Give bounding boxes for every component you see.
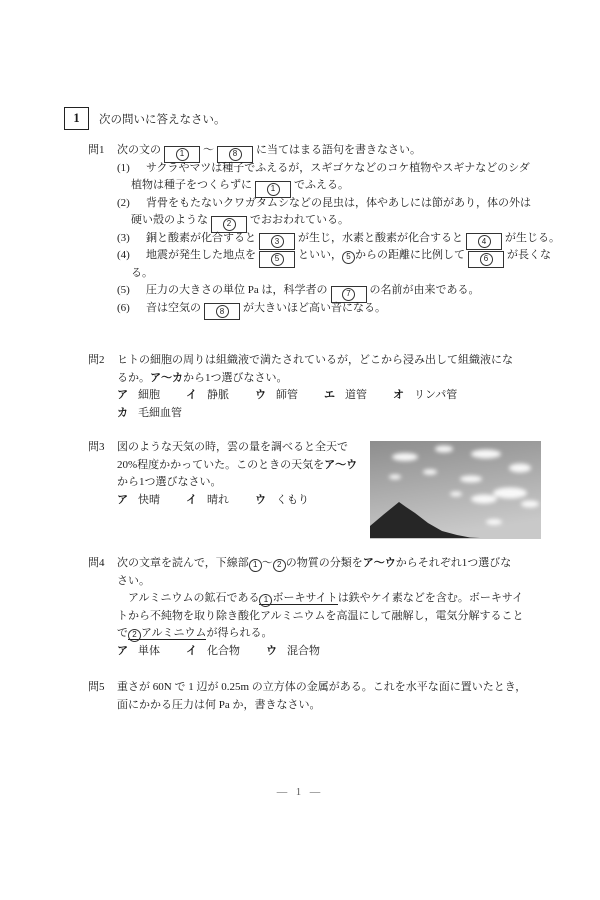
text-segment: 静脈 — [207, 389, 229, 401]
options-row: ア細胞イ静脈ウ師管エ道管オリンパ管 — [117, 387, 513, 405]
option-key: ア — [117, 389, 128, 401]
underlined-term: 1 — [259, 592, 272, 605]
text-segment: の名前が由来である。 — [370, 284, 480, 296]
text-segment: 次の文の — [117, 144, 161, 156]
text-segment: で — [117, 627, 128, 639]
circled-number: 5 — [271, 253, 284, 266]
text-segment: 細胞 — [138, 389, 160, 401]
question-5-content: 重さが 60N で 1 辺が 0.25m の立方体の金属がある。これを水平な面に… — [117, 679, 526, 714]
question-3-content: 図のような天気の時，雲の量を調べると全天で 20%程度かかっていた。このときの天… — [117, 439, 357, 509]
option-key: ウ — [255, 389, 266, 401]
circled-number: 1 — [249, 559, 262, 572]
text-segment: に当てはまる語句を書きなさい。 — [256, 144, 421, 156]
circled-number: 2 — [128, 629, 141, 642]
page-number: — 1 — — [0, 787, 600, 798]
question-4-content: 次の文章を読んで，下線部1～2の物質の分類をア～ウからそれぞれ1つ選びな さい。… — [117, 555, 523, 660]
text-segment: 背骨をもたないクワガタムシなどの昆虫は，体やあしには節があり，体の外は — [146, 197, 531, 209]
text-segment: からそれぞれ1つ選びな — [396, 557, 512, 569]
q1-item-5: (5) 圧力の大きさの単位 Pa は，科学者の7の名前が由来である。 — [117, 282, 560, 300]
text-segment: 晴れ — [207, 494, 229, 506]
item-line: 音は空気の8が大きいほど高い音になる。 — [146, 300, 560, 318]
question-line: さい。 — [117, 573, 523, 591]
bold-reference: ア～ウ — [324, 459, 357, 471]
text-segment: が大きいほど高い音になる。 — [243, 302, 386, 314]
text-segment: さい。 — [117, 575, 150, 587]
item-content: 銅と酸素が化合すると3が生じ，水素と酸素が化合すると4が生じる。 — [146, 230, 560, 248]
item-content: 圧力の大きさの単位 Pa は，科学者の7の名前が由来である。 — [146, 282, 560, 300]
circled-number: 5 — [342, 251, 355, 264]
options-row: ア単体イ化合物ウ混合物 — [117, 643, 523, 661]
option-key: ア — [117, 645, 128, 657]
option-key: オ — [393, 389, 404, 401]
text-segment: る。 — [131, 267, 153, 279]
weather-photo — [370, 441, 541, 539]
text-segment: 師管 — [276, 389, 298, 401]
text-segment: トから不純物を取り除き酸化アルミニウムを高温にして融解し，電気分解すること — [117, 610, 523, 622]
text-segment: が得られる。 — [206, 627, 272, 639]
passage-line: で2アルミニウムが得られる。 — [117, 625, 523, 643]
text-segment: 重さが 60N で 1 辺が 0.25m の立方体の金属がある。これを水平な面に… — [117, 681, 526, 693]
underlined-term: ボーキサイト — [272, 592, 337, 605]
text-segment: の物質の分類を — [286, 557, 363, 569]
section-title: 次の問いに答えなさい。 — [99, 111, 226, 127]
question-1-heading: 次の文の1～8に当てはまる語句を書きなさい。 — [117, 142, 560, 160]
option-key: ア — [117, 494, 128, 506]
text-segment: ～ — [262, 557, 273, 569]
text-segment: から1つ選びなさい。 — [183, 372, 288, 384]
question-1-content: 次の文の1～8に当てはまる語句を書きなさい。 (1) サクラやマツは種子でふえる… — [117, 142, 560, 317]
question-4-label: 問4 — [88, 555, 105, 573]
text-segment: 硬い殻のような — [131, 214, 208, 226]
option-key: イ — [186, 494, 197, 506]
text-segment: 図のような天気の時，雲の量を調べると全天で — [117, 441, 348, 453]
question-2-label: 問2 — [88, 352, 105, 370]
underlined-term: アルミニウム — [141, 627, 206, 640]
circled-number: 2 — [273, 559, 286, 572]
text-segment: アルミニウムの鉱石である — [117, 592, 259, 604]
text-segment: が生じ，水素と酸素が化合すると — [298, 232, 463, 244]
question-1-label: 問1 — [88, 142, 105, 160]
text-segment: 混合物 — [287, 645, 320, 657]
text-segment: からの距離に比例して — [355, 249, 465, 261]
item-number: (4) — [117, 247, 130, 265]
item-number: (3) — [117, 230, 130, 248]
item-content: 地震が発生した地点を5といい，5からの距離に比例して6が長くな る。 — [146, 247, 560, 282]
question-5: 問5 重さが 60N で 1 辺が 0.25m の立方体の金属がある。これを水平… — [88, 679, 526, 714]
text-segment: ～ — [203, 144, 214, 156]
question-1: 問1 次の文の1～8に当てはまる語句を書きなさい。 (1) サクラやマツは種子で… — [88, 142, 560, 317]
option-key: カ — [117, 407, 128, 419]
question-line: るか。ア～カから1つ選びなさい。 — [117, 370, 513, 388]
question-2-content: ヒトの細胞の周りは組織液で満たされているが，どこから浸み出して組織液にな るか。… — [117, 352, 513, 422]
text-segment: 植物は種子をつくらずに — [131, 179, 252, 191]
text-segment: 面にかかる圧力は何 Pa か，書きなさい。 — [117, 699, 321, 711]
question-line: から1つ選びなさい。 — [117, 474, 357, 492]
text-segment: は鉄やケイ素などを含む。ボーキサイ — [338, 592, 523, 604]
text-segment: サクラやマツは種子でふえるが，スギゴケなどのコケ植物やスギナなどのシダ — [146, 162, 530, 174]
question-line: 図のような天気の時，雲の量を調べると全天で — [117, 439, 357, 457]
text-segment: 毛細血管 — [138, 407, 182, 419]
circled-number: 1 — [259, 594, 272, 607]
item-number: (1) — [117, 160, 130, 178]
question-3: 問3 図のような天気の時，雲の量を調べると全天で 20%程度かかっていた。このと… — [88, 439, 357, 509]
bold-reference: ア～カ — [150, 372, 183, 384]
text-segment: といい， — [298, 249, 342, 261]
question-2: 問2 ヒトの細胞の周りは組織液で満たされているが，どこから浸み出して組織液にな … — [88, 352, 513, 422]
options-row: ア快晴イ晴れウくもり — [117, 492, 357, 510]
question-line: 次の文章を読んで，下線部1～2の物質の分類をア～ウからそれぞれ1つ選びな — [117, 555, 523, 573]
q1-item-1: (1) サクラやマツは種子でふえるが，スギゴケなどのコケ植物やスギナなどのシダ … — [117, 160, 560, 195]
item-line: 圧力の大きさの単位 Pa は，科学者の7の名前が由来である。 — [146, 282, 560, 300]
passage-line: トから不純物を取り除き酸化アルミニウムを高温にして融解し，電気分解すること — [117, 608, 523, 626]
circled-number: 8 — [216, 305, 229, 318]
item-line: 背骨をもたないクワガタムシなどの昆虫は，体やあしには節があり，体の外は — [146, 195, 560, 213]
text-segment: 音は空気の — [146, 302, 201, 314]
question-4: 問4 次の文章を読んで，下線部1～2の物質の分類をア～ウからそれぞれ1つ選びな … — [88, 555, 523, 660]
answer-blank-box: 6 — [468, 251, 504, 268]
text-segment: 快晴 — [138, 494, 160, 506]
item-line: 植物は種子をつくらずに1でふえる。 — [131, 177, 560, 195]
text-segment: 単体 — [138, 645, 160, 657]
item-content: 音は空気の8が大きいほど高い音になる。 — [146, 300, 560, 318]
item-line: 地震が発生した地点を5といい，5からの距離に比例して6が長くな — [146, 247, 560, 265]
question-5-label: 問5 — [88, 679, 105, 697]
text-segment: くもり — [276, 494, 309, 506]
question-3-label: 問3 — [88, 439, 105, 457]
q1-item-6: (6) 音は空気の8が大きいほど高い音になる。 — [117, 300, 560, 318]
text-segment: が長くな — [507, 249, 551, 261]
text-segment: 20%程度かかっていた。このときの天気を — [117, 459, 324, 471]
options-row: カ毛細血管 — [117, 405, 513, 423]
bold-reference: ア～ウ — [363, 557, 396, 569]
text-segment: でおおわれている。 — [250, 214, 349, 226]
item-number: (6) — [117, 300, 130, 318]
answer-blank-box: 5 — [259, 251, 295, 268]
option-key: イ — [186, 645, 197, 657]
passage-line: アルミニウムの鉱石である1ボーキサイトは鉄やケイ素などを含む。ボーキサイ — [117, 590, 523, 608]
text-segment: 圧力の大きさの単位 Pa は，科学者の — [146, 284, 328, 296]
item-number: (2) — [117, 195, 130, 213]
option-key: ウ — [255, 494, 266, 506]
text-segment: 地震が発生した地点を — [146, 249, 256, 261]
text-segment: リンパ管 — [414, 389, 457, 401]
question-line: ヒトの細胞の周りは組織液で満たされているが，どこから浸み出して組織液にな — [117, 352, 513, 370]
text-segment: 次の文章を読んで，下線部 — [117, 557, 249, 569]
question-line: 面にかかる圧力は何 Pa か，書きなさい。 — [117, 697, 526, 715]
text-segment: 化合物 — [207, 645, 240, 657]
sky-mountain-image — [370, 441, 541, 539]
section-header: 1 次の問いに答えなさい。 — [64, 107, 226, 130]
item-line: 硬い殻のような2でおおわれている。 — [131, 212, 560, 230]
exam-page: 1 次の問いに答えなさい。 問1 次の文の1～8に当てはまる語句を書きなさい。 … — [0, 0, 600, 900]
q1-item-2: (2) 背骨をもたないクワガタムシなどの昆虫は，体やあしには節があり，体の外は … — [117, 195, 560, 230]
q1-item-3: (3) 銅と酸素が化合すると3が生じ，水素と酸素が化合すると4が生じる。 — [117, 230, 560, 248]
underlined-term: 2 — [128, 627, 141, 640]
question-line: 20%程度かかっていた。このときの天気をア～ウ — [117, 457, 357, 475]
text-segment: るか。 — [117, 372, 150, 384]
item-line: サクラやマツは種子でふえるが，スギゴケなどのコケ植物やスギナなどのシダ — [146, 160, 560, 178]
item-content: サクラやマツは種子でふえるが，スギゴケなどのコケ植物やスギナなどのシダ 植物は種… — [146, 160, 560, 195]
text-segment: ヒトの細胞の周りは組織液で満たされているが，どこから浸み出して組織液にな — [117, 354, 513, 366]
text-segment: 道管 — [345, 389, 367, 401]
option-key: ウ — [266, 645, 277, 657]
circled-number: 6 — [480, 253, 493, 266]
item-content: 背骨をもたないクワガタムシなどの昆虫は，体やあしには節があり，体の外は 硬い殻の… — [146, 195, 560, 230]
option-key: イ — [186, 389, 197, 401]
option-key: エ — [324, 389, 335, 401]
text-segment: でふえる。 — [294, 179, 349, 191]
answer-blank-box: 8 — [204, 303, 240, 320]
item-number: (5) — [117, 282, 130, 300]
text-segment: から1つ選びなさい。 — [117, 476, 222, 488]
q1-item-4: (4) 地震が発生した地点を5といい，5からの距離に比例して6が長くな る。 — [117, 247, 560, 282]
item-line: 銅と酸素が化合すると3が生じ，水素と酸素が化合すると4が生じる。 — [146, 230, 560, 248]
question-line: 重さが 60N で 1 辺が 0.25m の立方体の金属がある。これを水平な面に… — [117, 679, 526, 697]
text-segment: が生じる。 — [505, 232, 560, 244]
text-segment: 銅と酸素が化合すると — [146, 232, 256, 244]
section-number-box: 1 — [64, 107, 89, 130]
